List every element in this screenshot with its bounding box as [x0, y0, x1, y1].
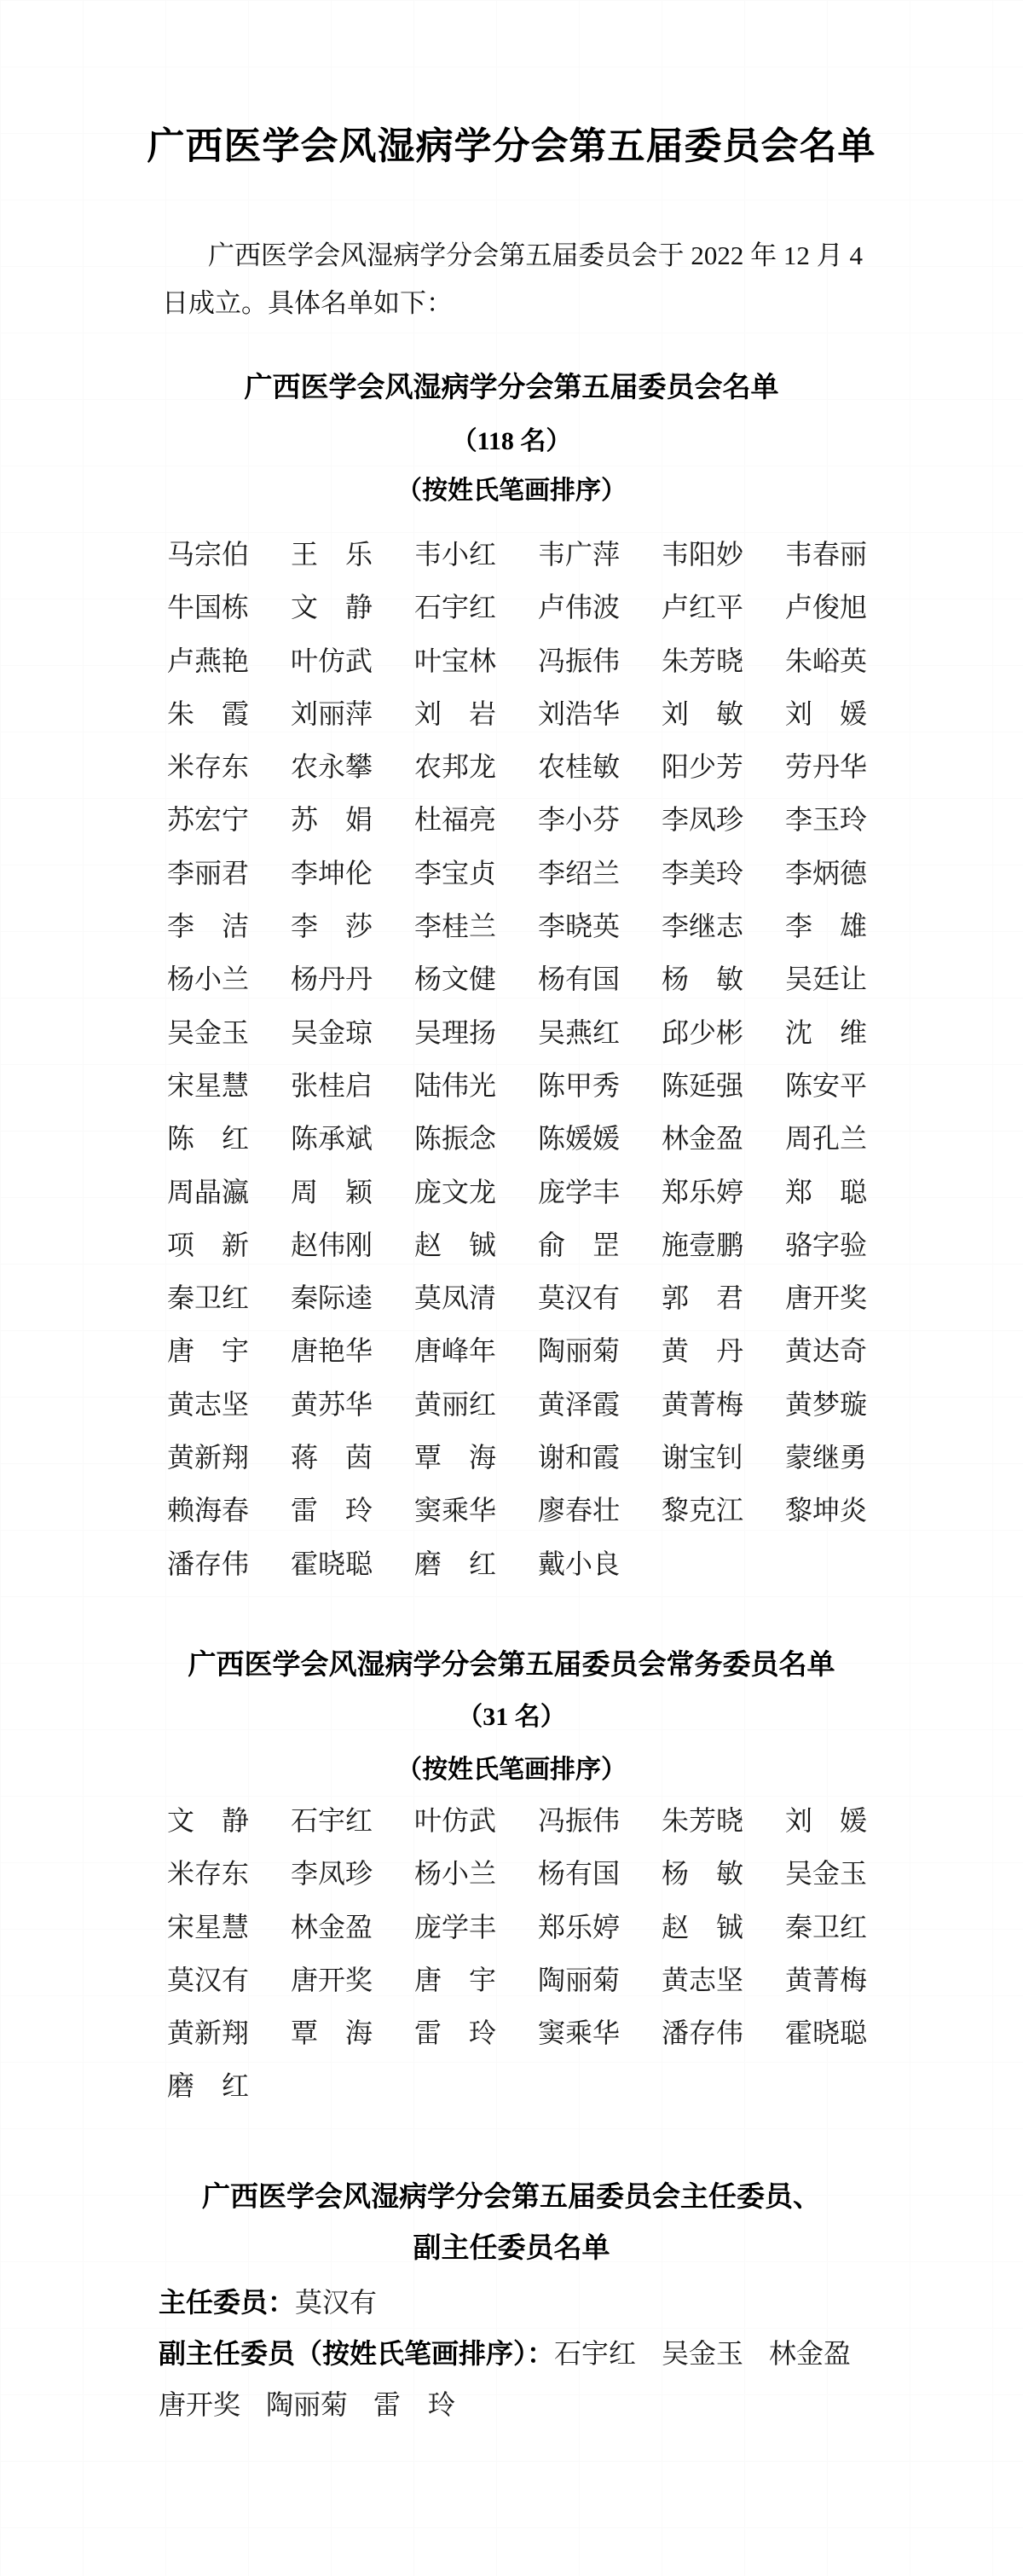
- member-name: 文 静: [167, 1794, 249, 1847]
- member-name: 黎克江: [662, 1484, 743, 1537]
- member-name: 朱峪英: [785, 634, 867, 687]
- member-name: 黄菁梅: [785, 1954, 867, 2006]
- member-name: 李玉玲: [785, 793, 867, 846]
- member-name: 杨 敏: [662, 1847, 743, 1900]
- member-name: 苏宏宁: [167, 793, 249, 846]
- member-name: 叶宝林: [414, 634, 496, 687]
- member-name: 农永攀: [291, 740, 373, 793]
- member-name: 刘丽萍: [291, 687, 373, 740]
- member-name: 韦广萍: [538, 528, 620, 581]
- member-name: 刘浩华: [538, 687, 620, 740]
- committee-section-heading: 广西医学会风湿病学分会第五届委员会名单: [0, 373, 1023, 402]
- member-name: 陈 红: [167, 1112, 249, 1165]
- member-name: 黄志坚: [662, 1954, 743, 2006]
- member-name: 秦卫红: [785, 1901, 867, 1954]
- committee-sort-note: （按姓氏笔画排序）: [0, 478, 1023, 505]
- member-name: 杨小兰: [414, 1847, 496, 1900]
- member-name: 黄新翔: [167, 1431, 249, 1484]
- member-name: 吴金玉: [167, 1006, 249, 1059]
- vice-chairmen-label: 副主任委员（按姓氏笔画排序）：: [159, 2338, 554, 2369]
- member-name: 李绍兰: [538, 847, 620, 900]
- member-name: 林金盈: [662, 1112, 743, 1165]
- standing-section-heading: 广西医学会风湿病学分会第五届委员会常务委员名单: [0, 1651, 1023, 1680]
- member-name: 覃 海: [291, 2006, 373, 2059]
- member-name: 陈甲秀: [538, 1059, 620, 1112]
- member-name: 周孔兰: [785, 1112, 867, 1165]
- vice-chairmen-line-2: 唐开奖陶丽菊雷 玲: [159, 2378, 866, 2431]
- member-name: 冯振伟: [538, 1794, 620, 1847]
- member-name: 农桂敏: [538, 740, 620, 793]
- member-name: 杨文健: [414, 952, 496, 1005]
- member-name: 李小芬: [538, 793, 620, 846]
- member-name: 吴燕红: [538, 1006, 620, 1059]
- member-name: 黄苏华: [291, 1378, 373, 1431]
- member-name: 谢宝钊: [662, 1431, 743, 1484]
- member-name: 赵 铖: [662, 1901, 743, 1954]
- member-name: 卢俊旭: [785, 581, 867, 634]
- vice-chairmen-line-1: 副主任委员（按姓氏笔画排序）：石宇红吴金玉林金盈: [159, 2327, 866, 2380]
- member-name: 杨 敏: [662, 952, 743, 1005]
- member-name: 朱芳晓: [662, 634, 743, 687]
- member-name: 赵伟刚: [291, 1219, 373, 1271]
- committee-name-grid: 马宗伯王 乐韦小红韦广萍韦阳妙韦春丽牛国栋文 静石宇红卢伟波卢红平卢俊旭卢燕艳叶…: [167, 528, 867, 1590]
- member-name: 米存东: [167, 1847, 249, 1900]
- member-name: 俞 罡: [538, 1219, 620, 1271]
- standing-sort-note: （按姓氏笔画排序）: [0, 1757, 1023, 1784]
- member-name: 雷 玲: [414, 2006, 496, 2059]
- chairman-name: 莫汉有: [295, 2287, 377, 2318]
- member-name: 郑乐婷: [662, 1166, 743, 1219]
- member-name: 磨 红: [167, 2059, 249, 2112]
- member-name: 黄志坚: [167, 1378, 249, 1431]
- member-name: 陈安平: [785, 1059, 867, 1112]
- member-name: 莫凤清: [414, 1271, 496, 1324]
- member-name: 黄达奇: [785, 1324, 867, 1377]
- member-name: 唐开奖: [291, 1954, 373, 2006]
- member-name: 陶丽菊: [266, 2378, 348, 2431]
- member-name: 苏 娟: [291, 793, 373, 846]
- member-name: 蒙继勇: [785, 1431, 867, 1484]
- member-name: 卢红平: [662, 581, 743, 634]
- standing-name-grid: 文 静石宇红叶仿武冯振伟朱芳晓刘 媛米存东李凤珍杨小兰杨有国杨 敏吴金玉宋星慧林…: [167, 1794, 867, 2113]
- member-name: 骆字验: [785, 1219, 867, 1271]
- member-name: 冯振伟: [538, 634, 620, 687]
- member-name: 磨 红: [414, 1537, 496, 1590]
- member-name: 林金盈: [769, 2327, 851, 2380]
- member-name: 吴金玉: [785, 1847, 867, 1900]
- committee-member-count: （118 名）: [0, 428, 1023, 455]
- member-name: 林金盈: [291, 1901, 373, 1954]
- member-name: 石宇红: [414, 581, 496, 634]
- chairman-label: 主任委员：: [159, 2287, 295, 2318]
- member-name: 周 颖: [291, 1166, 373, 1219]
- member-name: 李凤珍: [291, 1847, 373, 1900]
- member-name: 黄丽红: [414, 1378, 496, 1431]
- member-name: 周晶瀛: [167, 1166, 249, 1219]
- member-name: 唐峰年: [414, 1324, 496, 1377]
- member-name: 韦春丽: [785, 528, 867, 581]
- member-name: 卢伟波: [538, 581, 620, 634]
- member-name: 陈延强: [662, 1059, 743, 1112]
- chairs-section-heading-line1: 广西医学会风湿病学分会第五届委员会主任委员、: [0, 2183, 1023, 2212]
- member-name: 廖春壮: [538, 1484, 620, 1537]
- member-name: 庞学丰: [414, 1901, 496, 1954]
- member-name: 李凤珍: [662, 793, 743, 846]
- member-name: 石宇红: [291, 1794, 373, 1847]
- member-name: 霍晓聪: [785, 2006, 867, 2059]
- member-name: 宋星慧: [167, 1059, 249, 1112]
- document-page: 广西医学会风湿病学分会第五届委员会名单 广西医学会风湿病学分会第五届委员会于 2…: [0, 0, 1023, 2576]
- vice-chairmen-names-first: 石宇红吴金玉林金盈: [554, 2338, 851, 2369]
- member-name: 刘 媛: [785, 1794, 867, 1847]
- member-name: 李继志: [662, 900, 743, 952]
- member-name: 覃 海: [414, 1431, 496, 1484]
- member-name: 谢和霞: [538, 1431, 620, 1484]
- member-name: 霍晓聪: [291, 1537, 373, 1590]
- member-name: 吴理扬: [414, 1006, 496, 1059]
- member-name: 杜福亮: [414, 793, 496, 846]
- member-name: 朱芳晓: [662, 1794, 743, 1847]
- member-name: 施壹鹏: [662, 1219, 743, 1271]
- member-name: 吴金玉: [662, 2327, 743, 2380]
- member-name: 陈承斌: [291, 1112, 373, 1165]
- member-name: 黄新翔: [167, 2006, 249, 2059]
- member-name: 李 莎: [291, 900, 373, 952]
- member-name: 米存东: [167, 740, 249, 793]
- member-name: 秦卫红: [167, 1271, 249, 1324]
- member-name: 牛国栋: [167, 581, 249, 634]
- member-name: 李坤伦: [291, 847, 373, 900]
- member-name: 阳少芳: [662, 740, 743, 793]
- member-name: 韦小红: [414, 528, 496, 581]
- member-name: 陈振念: [414, 1112, 496, 1165]
- member-name: 黄 丹: [662, 1324, 743, 1377]
- member-name: 刘 岩: [414, 687, 496, 740]
- member-name: 李丽君: [167, 847, 249, 900]
- member-name: 李桂兰: [414, 900, 496, 952]
- member-name: 窦乘华: [414, 1484, 496, 1537]
- member-name: 马宗伯: [167, 528, 249, 581]
- member-name: 黄梦璇: [785, 1378, 867, 1431]
- member-name: 莫汉有: [538, 1271, 620, 1324]
- member-name: 唐 宇: [414, 1954, 496, 2006]
- member-name: 吴金琼: [291, 1006, 373, 1059]
- member-name: 李美玲: [662, 847, 743, 900]
- intro-paragraph: 广西医学会风湿病学分会第五届委员会于 2022 年 12 月 4 日成立。具体名…: [162, 232, 863, 327]
- member-name: 刘 敏: [662, 687, 743, 740]
- member-name: 窦乘华: [538, 2006, 620, 2059]
- member-name: 蒋 茵: [291, 1431, 373, 1484]
- member-name: 李炳德: [785, 847, 867, 900]
- member-name: 农邦龙: [414, 740, 496, 793]
- member-name: 莫汉有: [167, 1954, 249, 2006]
- member-name: 郑乐婷: [538, 1901, 620, 1954]
- member-name: 叶仿武: [414, 1794, 496, 1847]
- member-name: 潘存伟: [167, 1537, 249, 1590]
- member-name: 唐开奖: [159, 2378, 240, 2431]
- member-name: 韦阳妙: [662, 528, 743, 581]
- member-name: 项 新: [167, 1219, 249, 1271]
- member-name: 朱 霞: [167, 687, 249, 740]
- member-name: 黄菁梅: [662, 1378, 743, 1431]
- member-name: 叶仿武: [291, 634, 373, 687]
- page-title: 广西医学会风湿病学分会第五届委员会名单: [0, 124, 1023, 169]
- member-name: 李 洁: [167, 900, 249, 952]
- member-name: 李晓英: [538, 900, 620, 952]
- member-name: 王 乐: [291, 528, 373, 581]
- member-name: 杨丹丹: [291, 952, 373, 1005]
- member-name: 郑 聪: [785, 1166, 867, 1219]
- member-name: 李宝贞: [414, 847, 496, 900]
- member-name: 劳丹华: [785, 740, 867, 793]
- member-name: 杨有国: [538, 1847, 620, 1900]
- member-name: 唐开奖: [785, 1271, 867, 1324]
- member-name: 雷 玲: [373, 2378, 455, 2431]
- member-name: 宋星慧: [167, 1901, 249, 1954]
- member-name: 吴廷让: [785, 952, 867, 1005]
- member-name: 赵 铖: [414, 1219, 496, 1271]
- member-name: 秦际逵: [291, 1271, 373, 1324]
- member-name: 杨有国: [538, 952, 620, 1005]
- member-name: 戴小良: [538, 1537, 620, 1590]
- member-name: 张桂启: [291, 1059, 373, 1112]
- member-name: 杨小兰: [167, 952, 249, 1005]
- standing-member-count: （31 名）: [0, 1704, 1023, 1731]
- chairman-line: 主任委员：莫汉有: [159, 2276, 866, 2329]
- member-name: 郭 君: [662, 1271, 743, 1324]
- member-name: 赖海春: [167, 1484, 249, 1537]
- member-name: 唐 宇: [167, 1324, 249, 1377]
- member-name: 陈媛媛: [538, 1112, 620, 1165]
- member-name: 陆伟光: [414, 1059, 496, 1112]
- member-name: 庞学丰: [538, 1166, 620, 1219]
- member-name: 刘 媛: [785, 687, 867, 740]
- member-name: 黄泽霞: [538, 1378, 620, 1431]
- member-name: 黎坤炎: [785, 1484, 867, 1537]
- member-name: 雷 玲: [291, 1484, 373, 1537]
- member-name: 卢燕艳: [167, 634, 249, 687]
- member-name: 陶丽菊: [538, 1324, 620, 1377]
- member-name: 李 雄: [785, 900, 867, 952]
- member-name: 唐艳华: [291, 1324, 373, 1377]
- member-name: 庞文龙: [414, 1166, 496, 1219]
- member-name: 石宇红: [554, 2327, 636, 2380]
- member-name: 潘存伟: [662, 2006, 743, 2059]
- member-name: 沈 维: [785, 1006, 867, 1059]
- member-name: 邱少彬: [662, 1006, 743, 1059]
- chairs-section-heading-line2: 副主任委员名单: [0, 2234, 1023, 2263]
- member-name: 陶丽菊: [538, 1954, 620, 2006]
- member-name: 文 静: [291, 581, 373, 634]
